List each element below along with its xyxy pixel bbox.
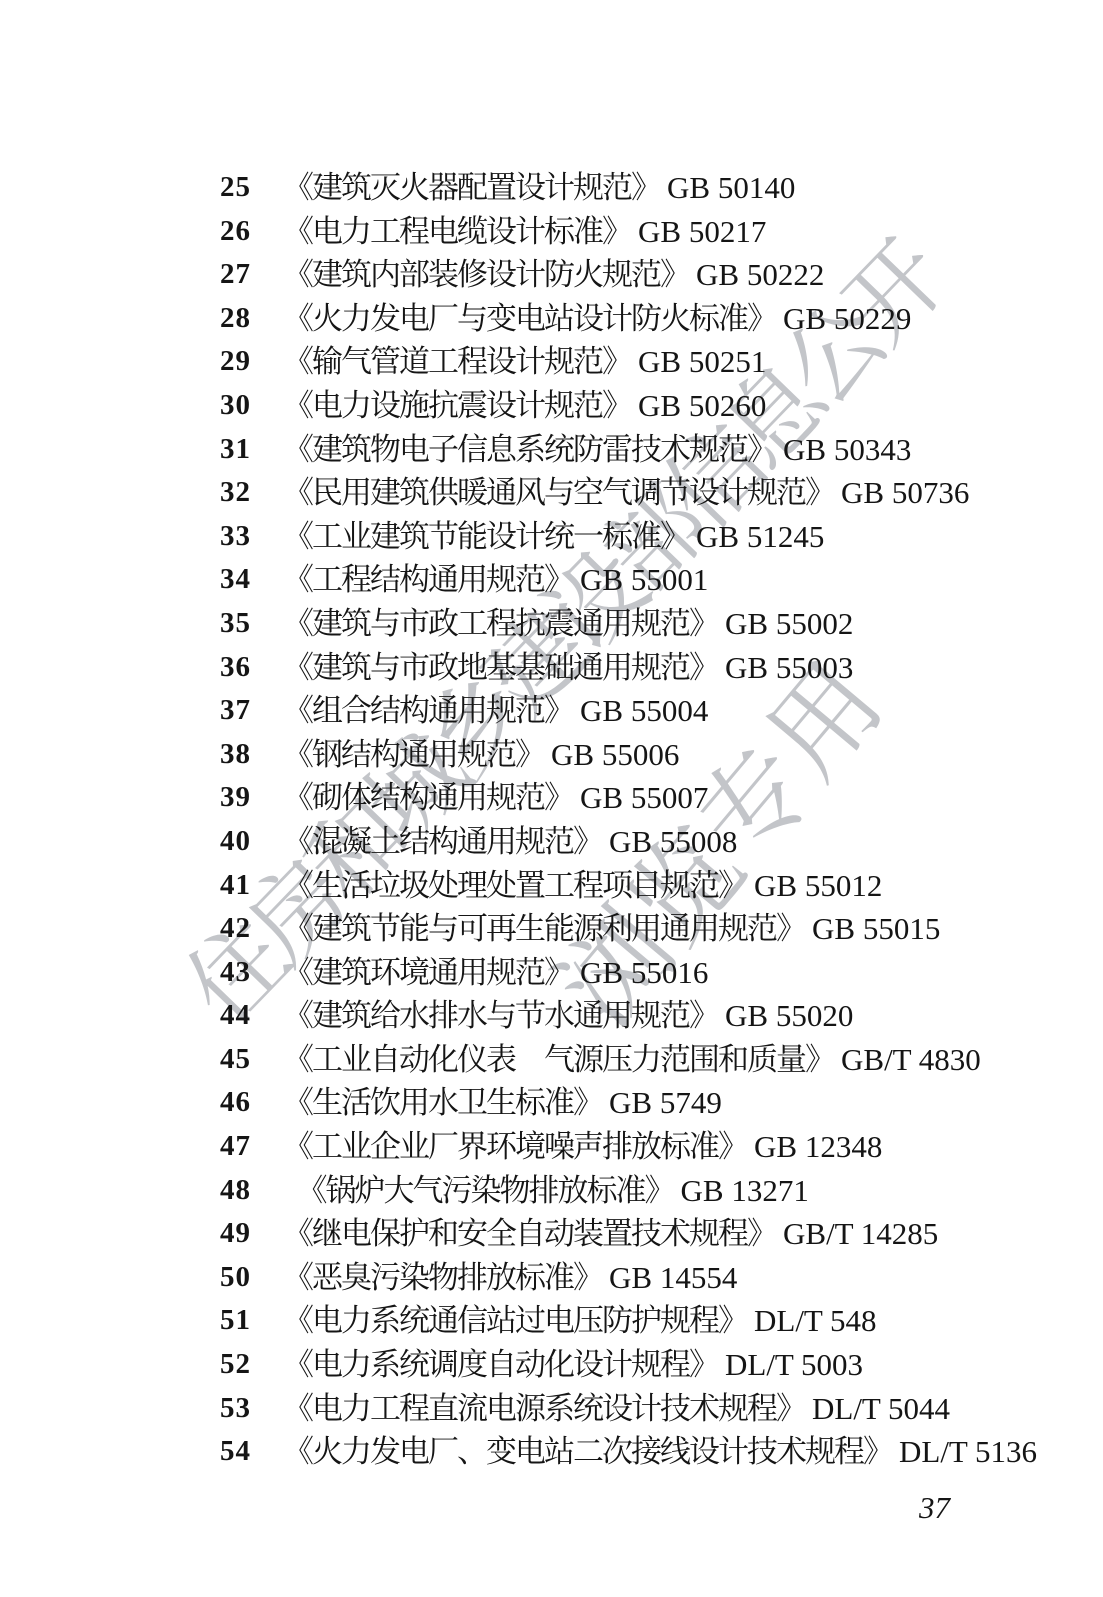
standard-title: 《建筑内部装修设计防火规范》	[283, 257, 689, 292]
standard-title: 《组合结构通用规范》	[283, 693, 573, 728]
item-number: 47	[220, 1125, 251, 1169]
item-number: 38	[220, 733, 251, 777]
item-title: 《建筑物电子信息系统防雷技术规范》GB 50343	[283, 428, 911, 472]
list-item: 53 《电力工程直流电源系统设计技术规程》DL/T 5044	[0, 1387, 1103, 1431]
list-item: 32 《民用建筑供暖通风与空气调节设计规范》GB 50736	[0, 471, 1103, 515]
standard-code: GB 55016	[580, 955, 708, 990]
standard-code: GB 55020	[725, 998, 853, 1033]
item-title: 《建筑环境通用规范》GB 55016	[283, 951, 708, 995]
item-number: 33	[220, 515, 251, 559]
standard-code: GB 51245	[696, 519, 824, 554]
item-title: 《恶臭污染物排放标准》GB 14554	[283, 1256, 737, 1300]
list-item: 33 《工业建筑节能设计统一标准》GB 51245	[0, 515, 1103, 559]
item-number: 37	[220, 689, 251, 733]
standards-list: 25 《建筑灭火器配置设计规范》GB 50140 26 《电力工程电缆设计标准》…	[0, 166, 1103, 1474]
standard-title: 《电力系统通信站过电压防护规程》	[283, 1303, 747, 1338]
item-number: 30	[220, 384, 251, 428]
list-item: 48 《锅炉大气污染物排放标准》GB 13271	[0, 1169, 1103, 1213]
standard-code: DL/T 548	[754, 1303, 877, 1338]
item-number: 25	[220, 166, 251, 210]
item-number: 32	[220, 471, 251, 515]
standard-code: GB 55002	[725, 606, 853, 641]
list-item: 34 《工程结构通用规范》GB 55001	[0, 558, 1103, 602]
item-title: 《工业建筑节能设计统一标准》GB 51245	[283, 515, 824, 559]
standard-title: 《砌体结构通用规范》	[283, 780, 573, 815]
item-number: 36	[220, 646, 251, 690]
list-item: 51 《电力系统通信站过电压防护规程》DL/T 548	[0, 1299, 1103, 1343]
list-item: 49 《继电保护和安全自动装置技术规程》GB/T 14285	[0, 1212, 1103, 1256]
standard-title: 《建筑与市政地基基础通用规范》	[283, 650, 718, 685]
item-number: 26	[220, 210, 251, 254]
standard-title: 《生活饮用水卫生标准》	[283, 1085, 602, 1120]
standard-code: GB 55007	[580, 780, 708, 815]
item-title: 《钢结构通用规范》GB 55006	[283, 733, 679, 777]
list-item: 38 《钢结构通用规范》GB 55006	[0, 733, 1103, 777]
standard-title: 《工业建筑节能设计统一标准》	[283, 519, 689, 554]
item-number: 34	[220, 558, 251, 602]
list-item: 26 《电力工程电缆设计标准》GB 50217	[0, 210, 1103, 254]
list-item: 42 《建筑节能与可再生能源利用通用规范》GB 55015	[0, 907, 1103, 951]
item-title: 《生活垃圾处理处置工程项目规范》GB 55012	[283, 864, 882, 908]
standard-title: 《建筑物电子信息系统防雷技术规范》	[283, 432, 776, 467]
standard-code: GB 50260	[638, 388, 766, 423]
standard-title: 《火力发电厂与变电站设计防火标准》	[283, 301, 776, 336]
item-title: 《电力系统调度自动化设计规程》DL/T 5003	[283, 1343, 863, 1387]
list-item: 28 《火力发电厂与变电站设计防火标准》GB 50229	[0, 297, 1103, 341]
item-number: 39	[220, 776, 251, 820]
standard-code: GB 50229	[783, 301, 911, 336]
item-title: 《工业自动化仪表 气源压力范围和质量》GB/T 4830	[283, 1038, 981, 1082]
standard-title: 《恶臭污染物排放标准》	[283, 1260, 602, 1295]
standard-title: 《民用建筑供暖通风与空气调节设计规范》	[283, 475, 834, 510]
standard-title: 《生活垃圾处理处置工程项目规范》	[283, 868, 747, 903]
standard-title: 《输气管道工程设计规范》	[283, 344, 631, 379]
item-title: 《建筑节能与可再生能源利用通用规范》GB 55015	[283, 907, 940, 951]
standard-code: DL/T 5044	[812, 1391, 950, 1426]
item-title: 《继电保护和安全自动装置技术规程》GB/T 14285	[283, 1212, 938, 1256]
standard-title: 《建筑与市政工程抗震通用规范》	[283, 606, 718, 641]
standard-code: GB 50140	[667, 170, 795, 205]
list-item: 27 《建筑内部装修设计防火规范》GB 50222	[0, 253, 1103, 297]
item-number: 42	[220, 907, 251, 951]
item-title: 《混凝土结构通用规范》GB 55008	[283, 820, 737, 864]
standard-code: GB 55015	[812, 911, 940, 946]
list-item: 31 《建筑物电子信息系统防雷技术规范》GB 50343	[0, 428, 1103, 472]
standard-code: GB 55003	[725, 650, 853, 685]
list-item: 35 《建筑与市政工程抗震通用规范》GB 55002	[0, 602, 1103, 646]
item-title: 《砌体结构通用规范》GB 55007	[283, 776, 708, 820]
list-item: 25 《建筑灭火器配置设计规范》GB 50140	[0, 166, 1103, 210]
standard-title: 《工业自动化仪表 气源压力范围和质量》	[283, 1042, 834, 1077]
item-number: 50	[220, 1256, 251, 1300]
item-number: 27	[220, 253, 251, 297]
standard-title: 《钢结构通用规范》	[283, 737, 544, 772]
item-title: 《锅炉大气污染物排放标准》GB 13271	[283, 1169, 809, 1213]
item-title: 《组合结构通用规范》GB 55004	[283, 689, 708, 733]
standard-title: 《继电保护和安全自动装置技术规程》	[283, 1216, 776, 1251]
item-title: 《建筑给水排水与节水通用规范》GB 55020	[283, 994, 853, 1038]
item-title: 《建筑内部装修设计防火规范》GB 50222	[283, 253, 824, 297]
standard-code: GB 55008	[609, 824, 737, 859]
list-item: 50 《恶臭污染物排放标准》GB 14554	[0, 1256, 1103, 1300]
standard-title: 《电力工程电缆设计标准》	[283, 214, 631, 249]
item-title: 《电力设施抗震设计规范》GB 50260	[283, 384, 766, 428]
standard-title: 《建筑给水排水与节水通用规范》	[283, 998, 718, 1033]
item-number: 31	[220, 428, 251, 472]
item-title: 《火力发电厂与变电站设计防火标准》GB 50229	[283, 297, 911, 341]
list-item: 36 《建筑与市政地基基础通用规范》GB 55003	[0, 646, 1103, 690]
item-title: 《民用建筑供暖通风与空气调节设计规范》GB 50736	[283, 471, 969, 515]
item-number: 48	[220, 1169, 251, 1213]
item-title: 《火力发电厂、变电站二次接线设计技术规程》DL/T 5136	[283, 1430, 1037, 1474]
list-item: 30 《电力设施抗震设计规范》GB 50260	[0, 384, 1103, 428]
item-number: 35	[220, 602, 251, 646]
standard-title: 《电力设施抗震设计规范》	[283, 388, 631, 423]
standard-code: GB 13271	[681, 1173, 809, 1208]
item-title: 《生活饮用水卫生标准》GB 5749	[283, 1081, 722, 1125]
list-item: 44 《建筑给水排水与节水通用规范》GB 55020	[0, 994, 1103, 1038]
standard-code: GB 50251	[638, 344, 766, 379]
list-item: 46 《生活饮用水卫生标准》GB 5749	[0, 1081, 1103, 1125]
standard-code: GB 5749	[609, 1085, 722, 1120]
item-number: 43	[220, 951, 251, 995]
item-number: 53	[220, 1387, 251, 1431]
item-title: 《电力工程电缆设计标准》GB 50217	[283, 210, 766, 254]
standard-code: GB 55012	[754, 868, 882, 903]
item-number: 54	[220, 1430, 251, 1474]
item-number: 52	[220, 1343, 251, 1387]
item-title: 《建筑与市政工程抗震通用规范》GB 55002	[283, 602, 853, 646]
item-title: 《输气管道工程设计规范》GB 50251	[283, 340, 766, 384]
item-number: 28	[220, 297, 251, 341]
standard-title: 《锅炉大气污染物排放标准》	[283, 1173, 674, 1208]
item-title: 《电力系统通信站过电压防护规程》DL/T 548	[283, 1299, 877, 1343]
standard-code: GB 50343	[783, 432, 911, 467]
item-number: 51	[220, 1299, 251, 1343]
standard-title: 《工程结构通用规范》	[283, 562, 573, 597]
standard-code: GB 55001	[580, 562, 708, 597]
standard-code: GB/T 14285	[783, 1216, 938, 1251]
list-item: 45 《工业自动化仪表 气源压力范围和质量》GB/T 4830	[0, 1038, 1103, 1082]
standard-code: GB 50736	[841, 475, 969, 510]
list-item: 54 《火力发电厂、变电站二次接线设计技术规程》DL/T 5136	[0, 1430, 1103, 1474]
standard-title: 《电力工程直流电源系统设计技术规程》	[283, 1391, 805, 1426]
item-title: 《建筑与市政地基基础通用规范》GB 55003	[283, 646, 853, 690]
standard-code: GB/T 4830	[841, 1042, 981, 1077]
list-item: 41 《生活垃圾处理处置工程项目规范》GB 55012	[0, 864, 1103, 908]
item-number: 44	[220, 994, 251, 1038]
item-title: 《工程结构通用规范》GB 55001	[283, 558, 708, 602]
standard-title: 《混凝土结构通用规范》	[283, 824, 602, 859]
item-title: 《工业企业厂界环境噪声排放标准》GB 12348	[283, 1125, 882, 1169]
page-number: 37	[919, 1490, 950, 1526]
standard-code: GB 14554	[609, 1260, 737, 1295]
list-item: 47 《工业企业厂界环境噪声排放标准》GB 12348	[0, 1125, 1103, 1169]
list-item: 29 《输气管道工程设计规范》GB 50251	[0, 340, 1103, 384]
standard-code: GB 50222	[696, 257, 824, 292]
standard-title: 《电力系统调度自动化设计规程》	[283, 1347, 718, 1382]
standard-code: GB 55004	[580, 693, 708, 728]
standard-title: 《建筑灭火器配置设计规范》	[283, 170, 660, 205]
list-item: 52 《电力系统调度自动化设计规程》DL/T 5003	[0, 1343, 1103, 1387]
standard-title: 《火力发电厂、变电站二次接线设计技术规程》	[283, 1434, 892, 1469]
standard-title: 《建筑节能与可再生能源利用通用规范》	[283, 911, 805, 946]
document-page: 住房和城乡建设部信息公开 浏览专用 25 《建筑灭火器配置设计规范》GB 501…	[0, 0, 1103, 1597]
standard-code: DL/T 5003	[725, 1347, 863, 1382]
list-item: 40 《混凝土结构通用规范》GB 55008	[0, 820, 1103, 864]
item-number: 45	[220, 1038, 251, 1082]
standard-code: GB 55006	[551, 737, 679, 772]
item-number: 40	[220, 820, 251, 864]
standard-title: 《建筑环境通用规范》	[283, 955, 573, 990]
item-title: 《电力工程直流电源系统设计技术规程》DL/T 5044	[283, 1387, 950, 1431]
list-item: 39 《砌体结构通用规范》GB 55007	[0, 776, 1103, 820]
item-number: 46	[220, 1081, 251, 1125]
standard-title: 《工业企业厂界环境噪声排放标准》	[283, 1129, 747, 1164]
item-number: 29	[220, 340, 251, 384]
list-item: 37 《组合结构通用规范》GB 55004	[0, 689, 1103, 733]
item-title: 《建筑灭火器配置设计规范》GB 50140	[283, 166, 795, 210]
standard-code: GB 12348	[754, 1129, 882, 1164]
item-number: 49	[220, 1212, 251, 1256]
standard-code: GB 50217	[638, 214, 766, 249]
standard-code: DL/T 5136	[899, 1434, 1037, 1469]
item-number: 41	[220, 864, 251, 908]
list-item: 43 《建筑环境通用规范》GB 55016	[0, 951, 1103, 995]
